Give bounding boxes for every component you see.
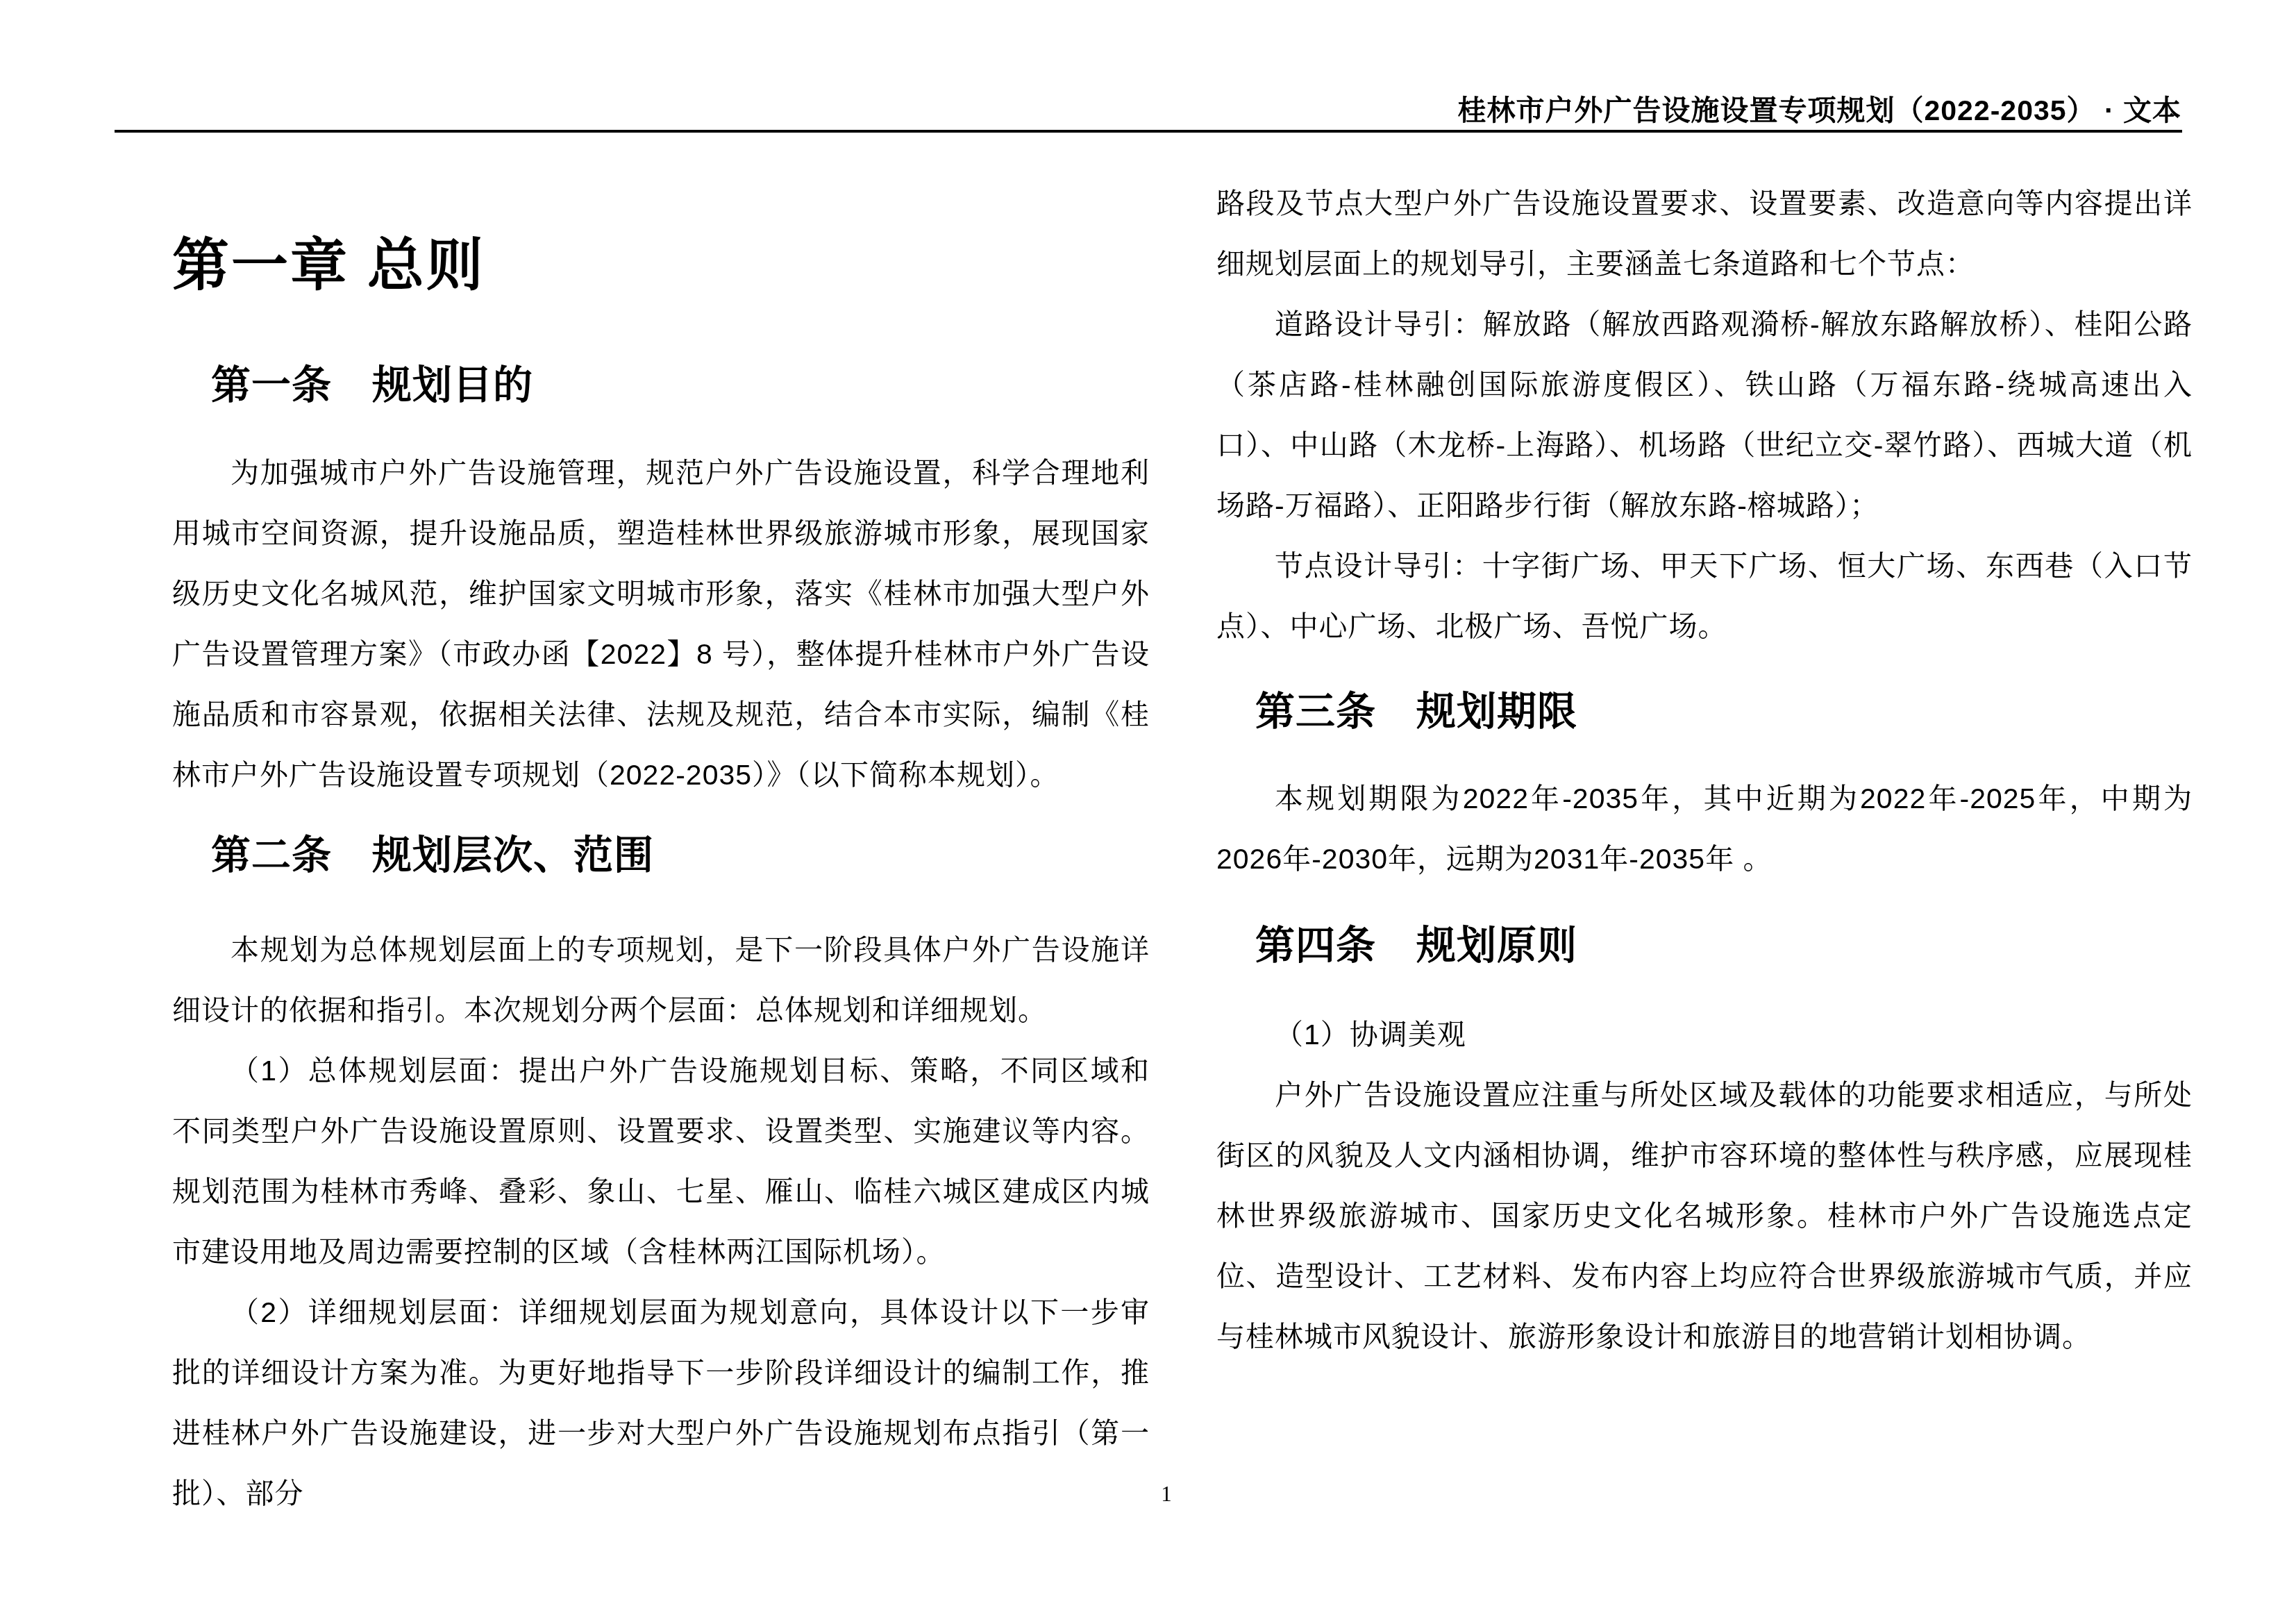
section-1-heading: 第一条 规划目的: [172, 362, 1150, 408]
section-1-paragraph: 为加强城市户外广告设施管理，规范户外广告设施设置，科学合理地利用城市空间资源，提…: [172, 443, 1150, 805]
header-title: 桂林市户外广告设施设置专项规划（2022-2035） · 文本: [1457, 87, 2181, 128]
section-2-paragraph-3: （2）详细规划层面：详细规划层面为规划意向，具体设计以下一步审批的详细设计方案为…: [172, 1282, 1150, 1524]
road-guidance-paragraph: 道路设计导引：解放路（解放西路观漪桥-解放东路解放桥）、桂阳公路（茶店路-桂林融…: [1216, 294, 2193, 536]
continuation-paragraph: 路段及节点大型户外广告设施设置要求、设置要素、改造意向等内容提出详细规划层面上的…: [1216, 174, 2193, 294]
node-guidance-paragraph: 节点设计导引：十字街广场、甲天下广场、恒大广场、东西巷（入口节点）、中心广场、北…: [1216, 536, 2193, 657]
section-4-body: （1）协调美观 户外广告设施设置应注重与所处区域及载体的功能要求相适应，与所处街…: [1216, 1005, 2193, 1367]
section-4-subitem: （1）协调美观: [1216, 1005, 2193, 1065]
section-3-paragraph: 本规划期限为2022年-2035年，其中近期为2022年-2025年，中期为20…: [1216, 769, 2193, 889]
section-4-heading: 第四条 规划原则: [1216, 923, 2193, 969]
section-4-paragraph: 户外广告设施设置应注重与所处区域及载体的功能要求相适应，与所处街区的风貌及人文内…: [1216, 1065, 2193, 1367]
section-2-body-continued: 路段及节点大型户外广告设施设置要求、设置要素、改造意向等内容提出详细规划层面上的…: [1216, 174, 2193, 657]
section-2-body: 本规划为总体规划层面上的专项规划，是下一阶段具体户外广告设施详细设计的依据和指引…: [172, 920, 1150, 1524]
section-2-paragraph-1: 本规划为总体规划层面上的专项规划，是下一阶段具体户外广告设施详细设计的依据和指引…: [172, 920, 1150, 1041]
section-2-paragraph-2: （1）总体规划层面：提出户外广告设施规划目标、策略，不同区域和不同类型户外广告设…: [172, 1041, 1150, 1282]
section-3-heading: 第三条 规划期限: [1216, 689, 2193, 735]
page-number: 1: [1111, 1482, 1222, 1507]
section-2-heading: 第二条 规划层次、范围: [172, 832, 1150, 878]
document-page: 桂林市户外广告设施设置专项规划（2022-2035） · 文本 第一章 总则 第…: [0, 0, 2296, 1624]
chapter-title: 第一章 总则: [172, 231, 1150, 301]
header-rule: [115, 130, 2182, 133]
